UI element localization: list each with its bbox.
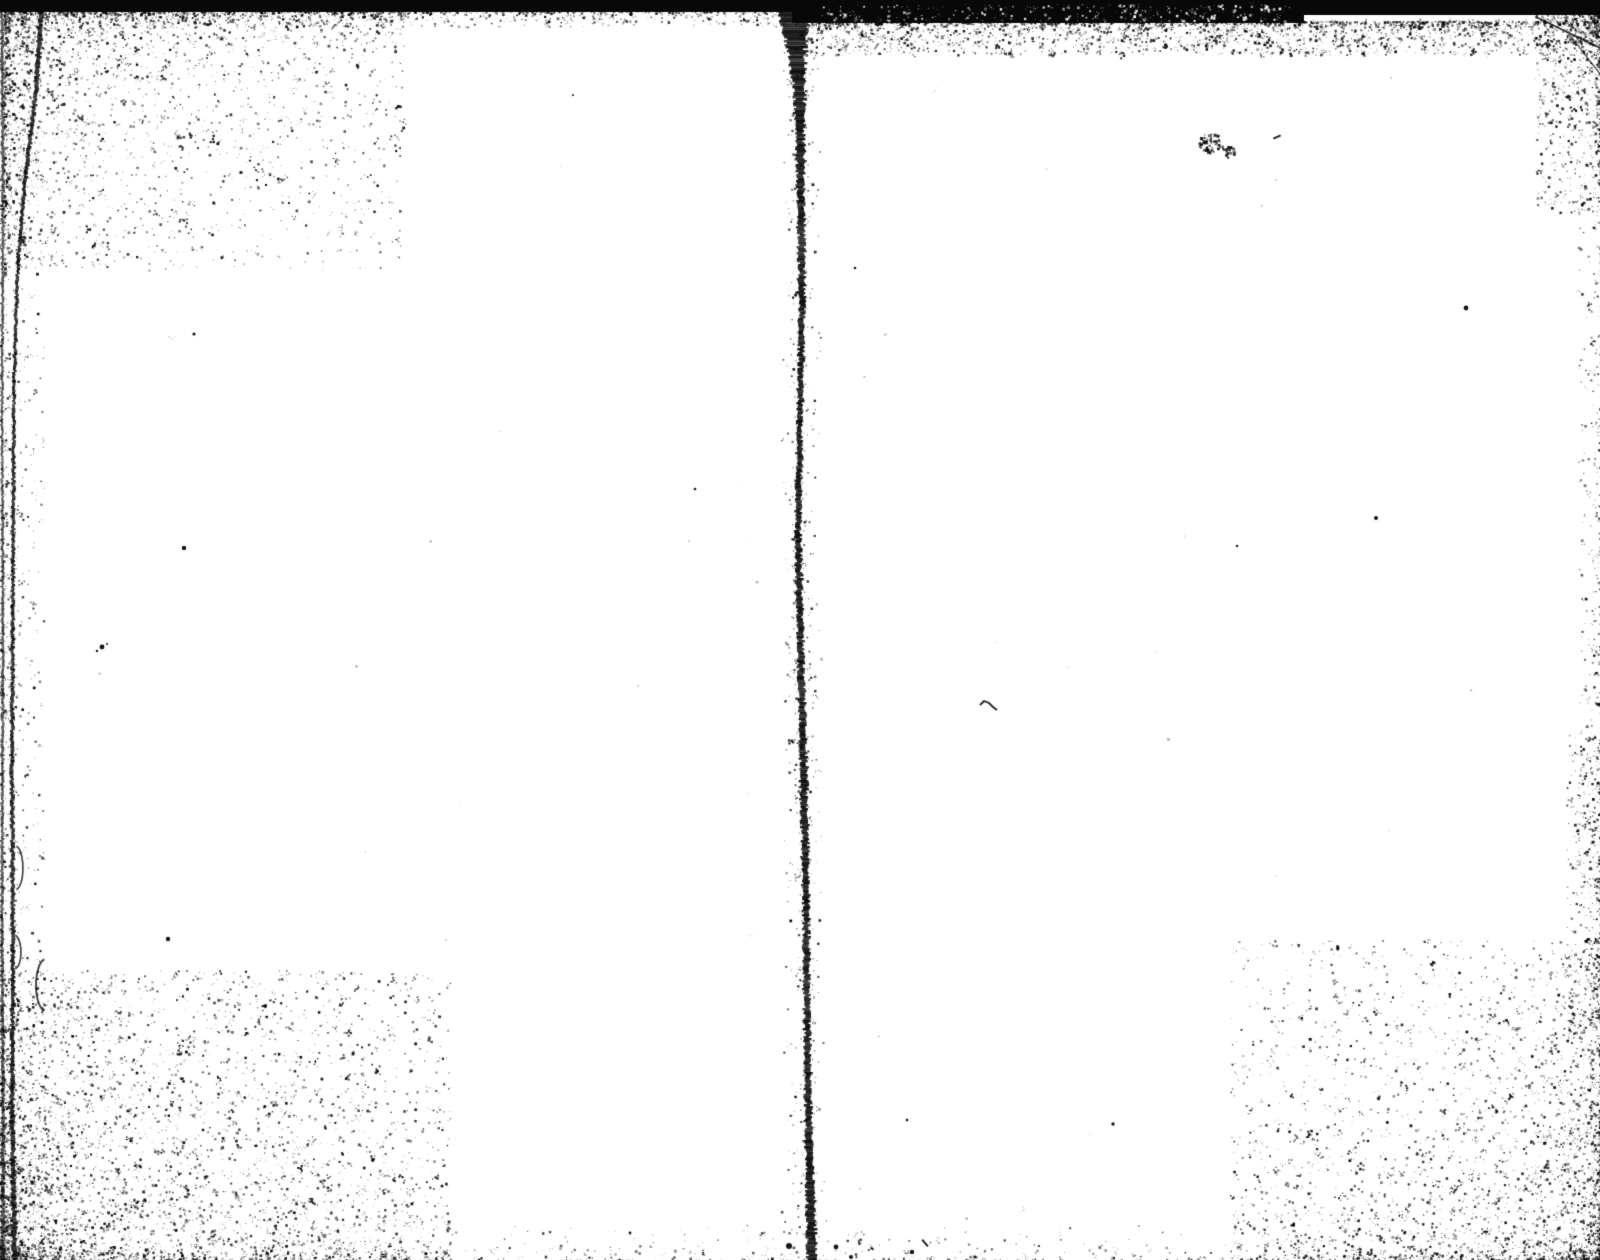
scan-artifact-layer — [0, 0, 1600, 1260]
scanned-book-spread — [0, 0, 1600, 1260]
